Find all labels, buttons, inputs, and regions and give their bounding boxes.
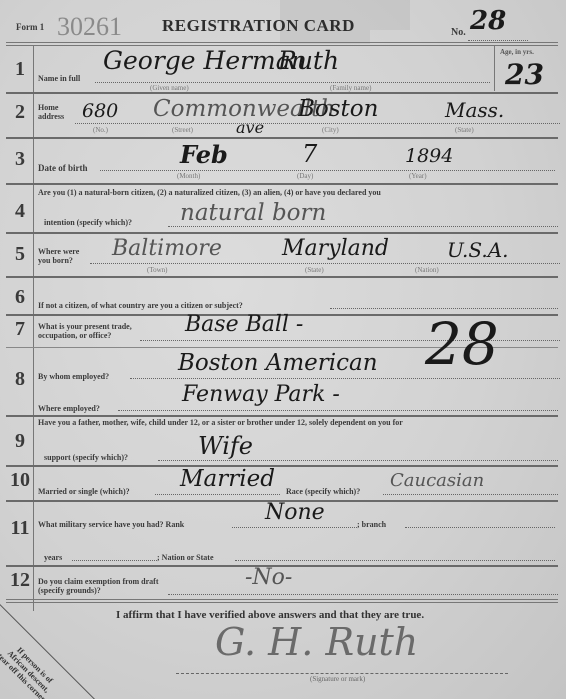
address-street-suffix: ave — [236, 118, 264, 137]
date-of-birth-label: Date of birth — [38, 164, 88, 173]
age-box-divider — [494, 46, 495, 91]
foreign-citizenship-label: If not a citizen, of what country are yo… — [38, 301, 243, 310]
serial-stamp: 30261 — [57, 12, 122, 42]
military-rank-value: None — [265, 500, 325, 525]
row-number-1: 1 — [8, 58, 32, 81]
address-number-value: 680 — [82, 100, 118, 122]
birth-nation-sublabel: (Nation) — [415, 266, 439, 274]
work-location-value: Fenway Park - — [182, 382, 340, 407]
number-column-divider — [33, 46, 34, 611]
dotted-line — [330, 308, 558, 309]
occupation-label: What is your present trade, occupation, … — [38, 322, 158, 340]
divider — [6, 465, 558, 467]
given-name-sublabel: (Given name) — [150, 84, 189, 92]
home-address-label: Home address — [38, 103, 72, 121]
margin-number-mark: 28 — [425, 310, 499, 378]
birthplace-label: Where were you born? — [38, 247, 90, 265]
age-value: 23 — [505, 58, 544, 91]
dotted-line — [168, 594, 558, 595]
employer-label: By whom employed? — [38, 372, 109, 381]
address-city-value: Boston — [298, 96, 378, 122]
name-label: Name in full — [38, 74, 80, 83]
citizenship-value: natural born — [180, 200, 326, 226]
dotted-line — [95, 82, 490, 83]
dotted-line — [405, 527, 555, 528]
marital-status-label: Married or single (which)? — [38, 487, 130, 496]
birth-month-value: Feb — [180, 140, 228, 169]
birth-town-sublabel: (Town) — [147, 266, 168, 274]
military-service-label: What military service have you had? Rank — [38, 520, 184, 529]
dependents-value: Wife — [198, 432, 253, 460]
birth-state-sublabel: (State) — [305, 266, 324, 274]
address-no-sublabel: (No.) — [93, 126, 108, 134]
dependents-question: Have you a father, mother, wife, child u… — [38, 418, 403, 427]
dotted-line — [235, 560, 555, 561]
exemption-label: Do you claim exemption from draft (speci… — [38, 577, 173, 595]
row-number-8: 8 — [8, 368, 32, 391]
military-nation-label: ; Nation or State — [157, 553, 214, 562]
birth-day-sublabel: (Day) — [297, 172, 313, 180]
number-label: No. — [451, 28, 466, 37]
divider — [6, 232, 558, 234]
divider — [6, 599, 558, 603]
birth-state-value: Maryland — [282, 236, 389, 261]
birth-year-value: 1894 — [405, 145, 453, 167]
birth-month-sublabel: (Month) — [177, 172, 200, 180]
family-name-value: Ruth — [278, 46, 339, 75]
given-name-value: George Herman — [103, 46, 307, 75]
signature-label: (Signature or mark) — [310, 675, 365, 683]
citizenship-label: intention (specify which)? — [44, 218, 132, 227]
dotted-line — [232, 527, 357, 528]
birth-town-value: Baltimore — [112, 236, 222, 261]
age-label: Age, in yrs. — [500, 48, 534, 56]
address-street-sublabel: (Street) — [172, 126, 193, 134]
divider — [6, 92, 558, 94]
form-label: Form 1 — [16, 23, 44, 32]
military-years-label: years — [44, 553, 62, 562]
divider — [6, 415, 558, 417]
dotted-line — [72, 560, 157, 561]
address-state-sublabel: (State) — [455, 126, 474, 134]
row-number-3: 3 — [8, 148, 32, 171]
row-number-9: 9 — [8, 430, 32, 453]
row-number-2: 2 — [8, 101, 32, 124]
race-label: Race (specify which)? — [286, 487, 360, 496]
dotted-line — [383, 494, 558, 495]
row-number-4: 4 — [8, 200, 32, 223]
birth-year-sublabel: (Year) — [409, 172, 427, 180]
dotted-line — [118, 410, 558, 411]
signature-line — [176, 673, 508, 674]
divider — [6, 276, 558, 278]
card-title: REGISTRATION CARD — [162, 16, 355, 36]
address-state-value: Mass. — [445, 98, 504, 122]
dotted-line — [155, 494, 280, 495]
row-number-12: 12 — [8, 569, 32, 592]
employer-value: Boston American — [178, 350, 378, 376]
paper-stain — [370, 0, 410, 30]
row-number-7: 7 — [8, 318, 32, 341]
divider — [6, 183, 558, 185]
birth-nation-value: U.S.A. — [447, 238, 509, 262]
exemption-value: -No- — [245, 565, 292, 590]
row-number-10: 10 — [8, 469, 32, 492]
row-number-6: 6 — [8, 286, 32, 309]
divider — [6, 137, 558, 139]
citizenship-question: Are you (1) a natural-born citizen, (2) … — [38, 188, 381, 197]
address-city-sublabel: (City) — [322, 126, 339, 134]
tear-off-corner-note: If person is of African descent, tear of… — [0, 638, 62, 699]
military-branch-label: ; branch — [357, 520, 386, 529]
race-value: Caucasian — [390, 470, 484, 491]
dotted-line — [158, 460, 558, 461]
row-number-11: 11 — [8, 517, 32, 540]
marital-status-value: Married — [180, 466, 275, 492]
signature: G. H. Ruth — [215, 620, 418, 664]
row-number-5: 5 — [8, 243, 32, 266]
registration-card: Form 1 30261 REGISTRATION CARD No. 28 Ag… — [0, 0, 566, 699]
dotted-line — [468, 40, 528, 41]
dependents-label: support (specify which)? — [44, 453, 128, 462]
dotted-line — [75, 123, 560, 124]
dotted-line — [130, 378, 560, 379]
dotted-line — [100, 170, 555, 171]
family-name-sublabel: (Family name) — [330, 84, 371, 92]
dotted-line — [168, 226, 558, 227]
work-location-label: Where employed? — [38, 404, 100, 413]
occupation-value: Base Ball - — [185, 312, 303, 337]
birth-day-value: 7 — [302, 140, 317, 168]
dotted-line — [90, 263, 560, 264]
card-number: 28 — [470, 6, 506, 36]
